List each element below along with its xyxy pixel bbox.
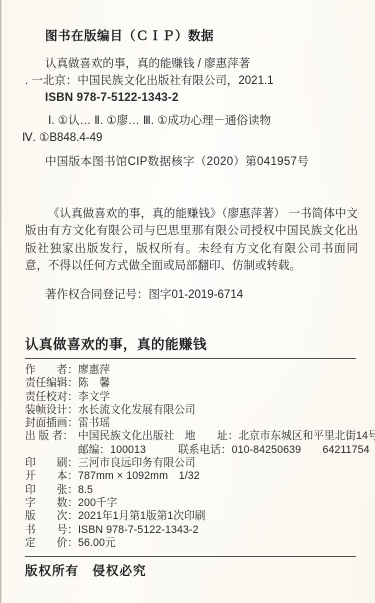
copyright-registration-line: 著作权合同登记号：图字01-2019-6714	[45, 286, 243, 302]
colophon-label: 装帧设计：	[25, 404, 78, 417]
colophon-value: 陈 馨	[78, 377, 110, 389]
cip-classification-block: Ⅰ. ①认… Ⅱ. ①廖… Ⅲ. ①成功心理－通俗读物 Ⅳ. ①B848.4-4…	[22, 113, 342, 147]
colophon-row-publisher: 出 版 者：中国民族文化出版社 地 址：北京市东城区和平里北街14号（10001…	[25, 430, 365, 443]
colophon-value: 2021年1月第1版第1次印刷	[78, 510, 206, 522]
colophon-label: 字 数：	[25, 497, 78, 510]
divider-top	[25, 358, 356, 359]
colophon-row-edition: 版 次：2021年1月第1版第1次印刷	[25, 510, 365, 523]
colophon-value: 雷书瑶	[78, 417, 110, 429]
rights-reserved-notice: 版权所有 侵权必究	[25, 561, 147, 579]
colophon-row-word-count: 字 数：200千字	[25, 497, 365, 510]
colophon-row-printer: 印 刷：三河市良远印务有限公司	[25, 457, 365, 470]
divider-bottom	[25, 556, 356, 557]
colophon-row-isbn: 书 号：ISBN 978-7-5122-1343-2	[25, 524, 365, 537]
colophon-label: 开 本：	[25, 470, 78, 483]
colophon-label: 责任编辑：	[25, 377, 78, 390]
colophon-label: 封面插画：	[25, 417, 78, 430]
colophon-label: 责任校对：	[25, 391, 78, 404]
colophon-label: 书 号：	[25, 524, 78, 537]
colophon-value: 三河市良远印务有限公司	[78, 457, 196, 469]
colophon-label: 作 者：	[25, 364, 78, 377]
colophon-row-proofreader: 责任校对：李文学	[25, 391, 365, 404]
cip-record-number-line: 中国版本图书馆CIP数据核字（2020）第041957号	[45, 153, 309, 169]
colophon-value: 中国民族文化出版社 地 址：北京市东城区和平里北街14号（100013）	[78, 430, 375, 442]
colophon-label: 印 张：	[25, 484, 78, 497]
colophon-value: 李文学	[78, 391, 110, 403]
scan-edge-shadow	[0, 0, 2, 603]
cip-bib-line-publisher: . 一北京：中国民族文化出版社有限公司，2021.1	[25, 73, 345, 90]
colophon-value: ISBN 978-7-5122-1343-2	[78, 524, 199, 536]
colophon-row-format: 开 本：787mm × 1092mm 1/32	[25, 470, 365, 483]
colophon-row-sheets: 印 张：8.5	[25, 484, 365, 497]
cip-class-line-1: Ⅰ. ①认… Ⅱ. ①廖… Ⅲ. ①成功心理－通俗读物	[22, 113, 342, 130]
colophon-value: 200千字	[78, 497, 117, 509]
colophon-value: 8.5	[78, 484, 93, 496]
colophon-value: 廖惠萍	[78, 364, 110, 376]
book-copyright-page: 图书在版编目（ＣＩＰ）数据 认真做喜欢的事，真的能赚钱 / 廖惠萍著 . 一北京…	[0, 0, 375, 603]
colophon-label: 印 刷：	[25, 457, 78, 470]
colophon-label: 出 版 者：	[25, 430, 78, 443]
colophon-row-price: 定 价：56.00元	[25, 537, 365, 550]
colophon-row-editor: 责任编辑：陈 馨	[25, 377, 365, 390]
book-title: 认真做喜欢的事，真的能赚钱	[25, 333, 207, 353]
colophon-label: 定 价：	[25, 537, 78, 550]
colophon-row-contact: 邮编：100013 联系电话：010-84250639 64211754（传真）	[25, 444, 365, 457]
colophon-value: 787mm × 1092mm 1/32	[78, 470, 200, 482]
colophon-row-cover-art: 封面插画：雷书瑶	[25, 417, 365, 430]
cip-bib-line-title-author: 认真做喜欢的事，真的能赚钱 / 廖惠萍著	[25, 56, 345, 73]
colophon-row-design: 装帧设计：水长流文化发展有限公司	[25, 404, 365, 417]
cip-bibliographic-block: 认真做喜欢的事，真的能赚钱 / 廖惠萍著 . 一北京：中国民族文化出版社有限公司…	[25, 56, 345, 108]
colophon-value: 水长流文化发展有限公司	[78, 404, 196, 416]
cip-heading: 图书在版编目（ＣＩＰ）数据	[45, 26, 214, 44]
colophon-value: 邮编：100013 联系电话：010-84250639 64211754（传真）	[78, 444, 375, 456]
license-paragraph: 《认真做喜欢的事，真的能赚钱》（廖惠萍著） 一书简体中文版由有方文化有限公司与巴…	[25, 206, 358, 275]
colophon-row-author: 作 者：廖惠萍	[25, 364, 365, 377]
cip-bib-line-isbn: ISBN 978-7-5122-1343-2	[25, 90, 345, 107]
cip-class-line-2: Ⅳ. ①B848.4-49	[22, 130, 342, 147]
colophon-value: 56.00元	[78, 537, 116, 549]
colophon-label: 版 次：	[25, 510, 78, 523]
colophon-rows: 作 者：廖惠萍 责任编辑：陈 馨 责任校对：李文学 装帧设计：水长流文化发展有限…	[25, 364, 365, 550]
